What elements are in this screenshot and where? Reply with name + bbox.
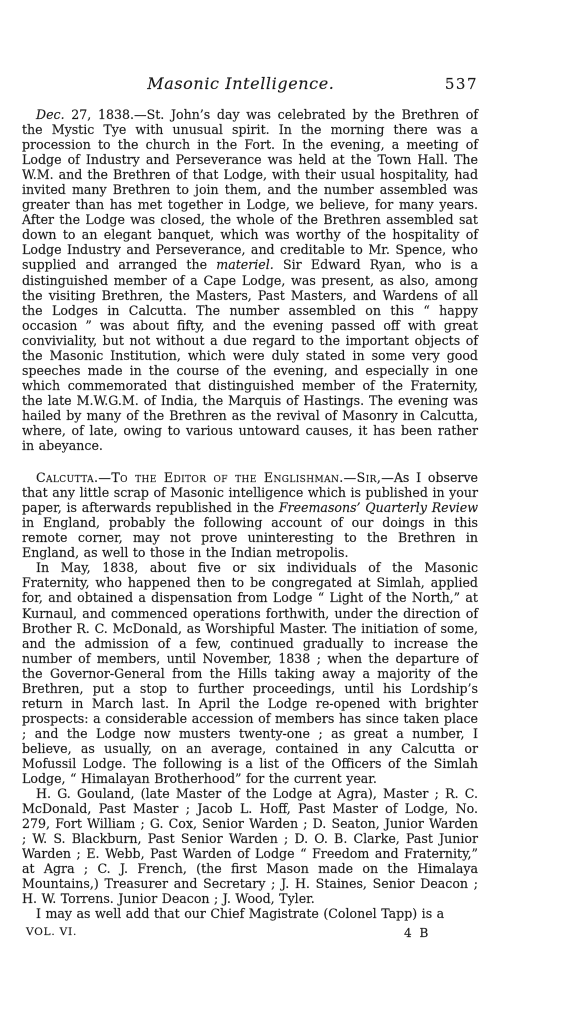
letter-salutation-smallcaps: Calcutta.—To the Editor of the Englishma… <box>36 470 381 485</box>
paragraph-calcutta-letter: Calcutta.—To the Editor of the Englishma… <box>22 470 478 560</box>
text-block: Masonic Intelligence. 537 Dec. 27, 1838.… <box>22 74 478 940</box>
page-footer: VOL. VI. 4 B <box>22 924 478 940</box>
paragraph-simlah-lodge-history: In May, 1838, about five or six individu… <box>22 560 478 786</box>
printer-signature-mark: 4 B <box>404 926 430 940</box>
date-italic: Dec. <box>36 107 65 122</box>
paragraph-text: in England, probably the following accou… <box>22 515 478 560</box>
article-body: Dec. 27, 1838.—St. John’s day was celebr… <box>22 107 478 921</box>
freemasons-quarterly-review-italic: Freemasons’ Quarterly Review <box>279 500 478 515</box>
document-page: Masonic Intelligence. 537 Dec. 27, 1838.… <box>0 0 581 1009</box>
volume-label: VOL. VI. <box>26 926 77 938</box>
running-title: Masonic Intelligence. <box>147 74 334 93</box>
page-number: 537 <box>445 75 478 93</box>
paragraph-text: Sir Edward Ryan, who is a distinguished … <box>22 257 478 453</box>
paragraph-dec27-report: Dec. 27, 1838.—St. John’s day was celebr… <box>22 107 478 453</box>
materiel-italic: materiel. <box>216 257 274 272</box>
paragraph-officers-list: H. G. Gouland, (late Master of the Lodge… <box>22 786 478 906</box>
running-header: Masonic Intelligence. 537 <box>22 74 478 98</box>
paragraph-chief-magistrate: I may as well add that our Chief Magistr… <box>22 906 478 921</box>
paragraph-text: 27, 1838.—St. John’s day was celebrated … <box>22 107 478 272</box>
